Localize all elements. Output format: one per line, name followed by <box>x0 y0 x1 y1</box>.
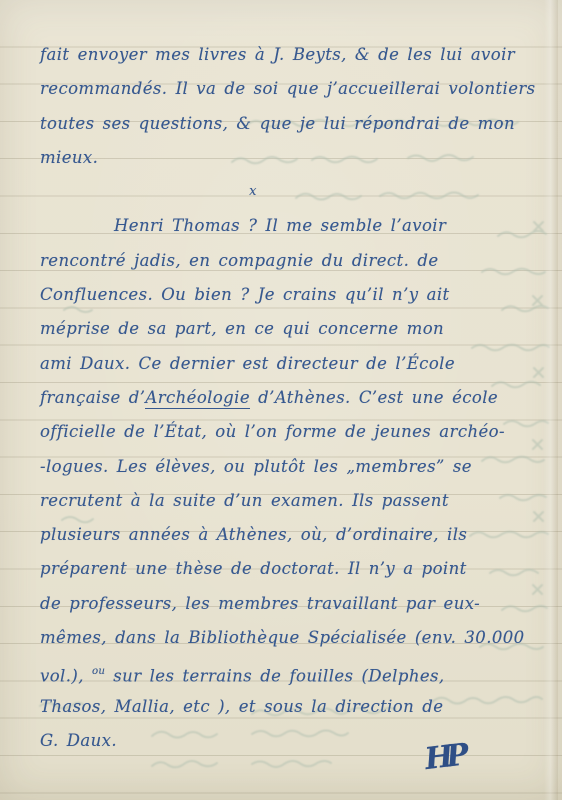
text-segment: rencontré jadis, en compagnie du direct.… <box>40 251 439 270</box>
text-segment: mieux. <box>40 148 98 167</box>
signature-monogram: HP <box>423 738 464 777</box>
interlinear-insertion: ou <box>92 666 105 677</box>
handwritten-line: Henri Thomas ? Il me semble l’avoir <box>40 209 550 243</box>
text-segment: Henri Thomas ? Il me semble l’avoir <box>114 216 446 235</box>
text-segment: mêmes, dans la Bibliothèque Spécialisée … <box>40 628 525 647</box>
text-segment: ami Daux. Ce dernier est directeur de l’… <box>40 354 455 373</box>
underlined-word: Archéologie <box>145 388 250 409</box>
handwritten-line: Thasos, Mallia, etc ), et sous la direct… <box>40 690 550 724</box>
text-segment: Confluences. Ou bien ? Je crains qu’il n… <box>40 285 450 304</box>
text-segment: officielle de l’État, où l’on forme de j… <box>40 422 505 441</box>
handwritten-line: Confluences. Ou bien ? Je crains qu’il n… <box>40 278 550 312</box>
handwritten-line: recommandés. Il va de soi que j’accueill… <box>40 72 550 106</box>
text-segment: x <box>249 184 257 199</box>
text-segment: vol.), <box>40 667 92 686</box>
manuscript-page: fait envoyer mes livres à J. Beyts, & de… <box>0 0 562 800</box>
handwritten-line: G. Daux. <box>40 724 550 758</box>
text-segment: G. Daux. <box>40 731 117 750</box>
text-segment: sur les terrains de fouilles (Delphes, <box>105 667 444 686</box>
handwritten-line: -logues. Les élèves, ou plutôt les „memb… <box>40 450 550 484</box>
text-segment: d’Athènes. C’est une école <box>250 388 498 407</box>
section-separator: x <box>0 175 508 209</box>
text-segment: Thasos, Mallia, etc ), et sous la direct… <box>40 697 443 716</box>
handwritten-line: vol.), ou sur les terrains de fouilles (… <box>40 655 550 689</box>
text-segment: méprise de sa part, en ce qui concerne m… <box>40 319 444 338</box>
handwritten-line: mieux. <box>40 141 550 175</box>
text-segment: recommandés. Il va de soi que j’accueill… <box>40 79 536 98</box>
text-segment: plusieurs années à Athènes, où, d’ordina… <box>40 525 467 544</box>
handwritten-line: officielle de l’État, où l’on forme de j… <box>40 415 550 449</box>
text-segment: fait envoyer mes livres à J. Beyts, & de… <box>40 45 515 64</box>
text-segment: française d’ <box>40 388 145 407</box>
text-segment: toutes ses questions, & que je lui répon… <box>40 114 515 133</box>
handwritten-line: recrutent à la suite d’un examen. Ils pa… <box>40 484 550 518</box>
handwritten-line: de professeurs, les membres travaillant … <box>40 587 550 621</box>
handwritten-line: ami Daux. Ce dernier est directeur de l’… <box>40 347 550 381</box>
handwritten-line: mêmes, dans la Bibliothèque Spécialisée … <box>40 621 550 655</box>
handwritten-line: toutes ses questions, & que je lui répon… <box>40 107 550 141</box>
text-segment: -logues. Les élèves, ou plutôt les „memb… <box>40 457 472 476</box>
text-segment: recrutent à la suite d’un examen. Ils pa… <box>40 491 449 510</box>
handwritten-line: fait envoyer mes livres à J. Beyts, & de… <box>40 38 550 72</box>
handwritten-line: française d’Archéologie d’Athènes. C’est… <box>40 381 550 415</box>
text-segment: préparent une thèse de doctorat. Il n’y … <box>40 559 467 578</box>
handwritten-line: méprise de sa part, en ce qui concerne m… <box>40 312 550 346</box>
handwritten-line: plusieurs années à Athènes, où, d’ordina… <box>40 518 550 552</box>
text-segment: de professeurs, les membres travaillant … <box>40 594 480 613</box>
letter-body: fait envoyer mes livres à J. Beyts, & de… <box>40 38 550 758</box>
handwritten-line: préparent une thèse de doctorat. Il n’y … <box>40 552 550 586</box>
handwritten-line: rencontré jadis, en compagnie du direct.… <box>40 244 550 278</box>
